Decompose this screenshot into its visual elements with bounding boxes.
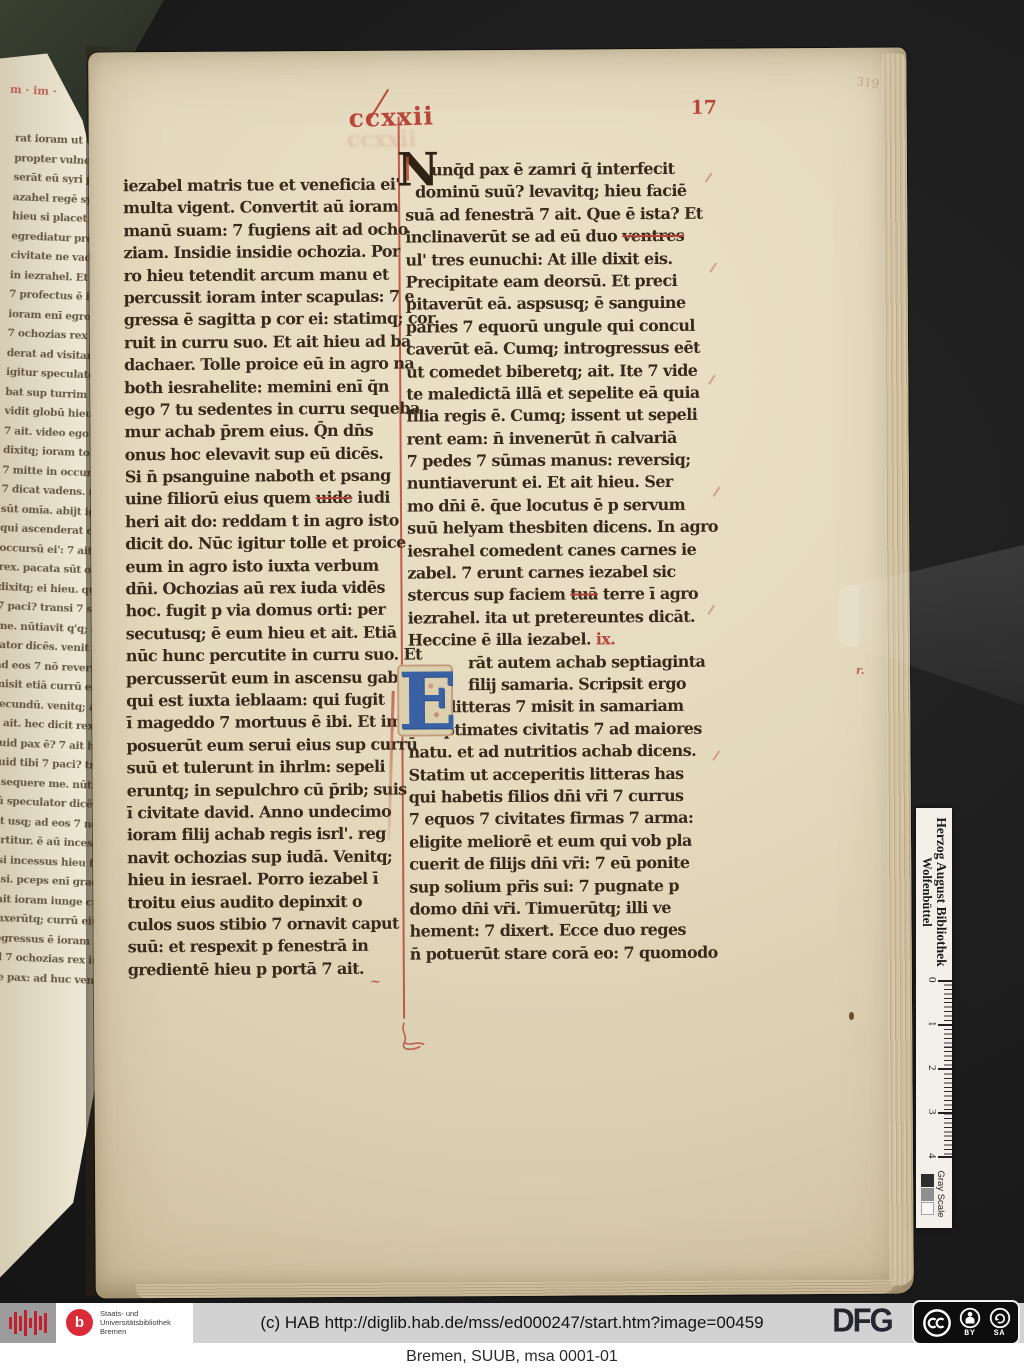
manuscript-line: gressa ē sagitta p cor ei: statimq; cor: [124, 309, 402, 333]
page-holder-tab: [838, 585, 858, 647]
cc-sa-arrow-icon: [989, 1307, 1011, 1329]
manuscript-line: dn̄i. Ochozias aū rex iuda vidēs: [125, 578, 403, 602]
manuscript-line: ad optimates civitatis 7 ad maiores: [408, 718, 710, 742]
gray-scale-mid-square: [922, 1188, 935, 1201]
manuscript-line: Statim ut acceperitis litteras has: [409, 763, 711, 787]
manuscript-line: inclinaverūt se ad eū duo ventres: [405, 226, 707, 250]
manuscript-line: nuntiaverunt ei. Et ait hieu. Ser: [407, 472, 709, 496]
cc-by-person-icon: [959, 1307, 981, 1329]
manuscript-line: paries 7 equorū ungule qui concul: [406, 315, 708, 339]
manuscript-line: n̄ potuerūt stare corā eo: 7 quomodo: [410, 942, 712, 966]
library-name: Herzog August Bibliothek: [934, 808, 948, 976]
manuscript-line: qui est iuxta ieblaam: qui fugit: [126, 690, 404, 714]
manuscript-line: hement: 7 dixert. Ecce duo reges: [410, 920, 712, 944]
manuscript-line: ul' tres eunuchi: At ille dixit eis.: [405, 248, 707, 272]
dfg-logo: DFG: [814, 1301, 910, 1344]
manuscript-line: heri ait do: reddam t in agro isto: [125, 510, 403, 534]
manuscript-line: manū suam: 7 fugiens ait ad ocho: [123, 219, 401, 243]
corner-pencil-mark: 319: [856, 74, 880, 91]
manuscript-line: multa vigent. Convertit aū ioram: [123, 197, 401, 221]
manuscript-line: stercus sup faciem tuā terre ī agro: [407, 584, 709, 608]
bremen-library-logo: b Staats- undUniversitätsbibliothekBreme…: [56, 1303, 193, 1343]
ruler-tick: 1: [938, 1024, 952, 1026]
manuscript-line: te maledictā illā et sepelite eā quia: [406, 383, 708, 407]
gray-scale-patch: Gray Scale: [922, 1162, 947, 1226]
suub-bars-logo: [0, 1303, 56, 1343]
manuscript-line: gredientē hieu p portā 7 ait.: [128, 958, 406, 982]
manuscript-line: qui habetis filios dn̄i vr̄i 7 currus: [409, 786, 711, 810]
facing-page-rubric-fragment: m · im ·: [10, 83, 57, 98]
manuscript-line: posuerūt eum serui eius sup currū: [126, 734, 404, 758]
gray-scale-label: Gray Scale: [936, 1162, 947, 1226]
manuscript-line: Heccine ē illa iezabel. ix.: [408, 629, 710, 653]
manuscript-line: iezrahel. ita ut pretereuntes dicāt.: [408, 607, 710, 631]
manuscript-line: sup solium pr̄is sui: 7 pugnate p: [409, 875, 711, 899]
page-number: 17: [690, 97, 717, 119]
manuscript-line: rāt autem achab septiaginta: [408, 651, 710, 675]
red-line-filler: ~: [370, 975, 381, 990]
cc-sa-label: SA: [989, 1329, 1011, 1338]
cm-scale: 01234: [916, 976, 952, 1162]
manuscript-line: navit ochozias sup iudā. Venitq;: [127, 846, 405, 870]
shelfmark-caption: Bremen, SUUB, msa 0001-01: [0, 1343, 1024, 1370]
manuscript-line: suū: et respexit p fenestrā in: [128, 936, 406, 960]
gray-scale-squares: [922, 1162, 935, 1226]
ruler-tick: 2: [938, 1068, 952, 1070]
manuscript-line: 7 equos 7 civitates firmas 7 arma:: [409, 808, 711, 832]
manuscript-line: percusserūt eum in ascensu gabar: [126, 667, 404, 691]
manuscript-line: caverūt eā. Cumq; introgressus eēt: [406, 338, 708, 362]
manuscript-line: uine filiorū eius quem uide iudi: [125, 488, 403, 512]
library-label: Herzog August Bibliothek Wolfenbüttel: [920, 808, 948, 976]
manuscript-line: Si n̄ psanguine naboth et psang: [125, 466, 403, 490]
manuscript-line: ruit in curru suo. Et ait hieu ad ba: [124, 331, 402, 355]
manuscript-line: eruntq; in sepulchro cū p̄rib; suis: [127, 779, 405, 803]
manuscript-line: troitu eius audito depinxit o: [127, 891, 405, 915]
chapter-initial-e: E: [397, 664, 453, 736]
manuscript-line: suū et tulerunt in ihrlm: sepeli: [127, 757, 405, 781]
manuscript-line: ziam. Insidie insidie ochozia. Por: [123, 242, 401, 266]
manuscript-line: mo dn̄i ē. q̄ue locutus ē p servum: [407, 495, 709, 519]
manuscript-line: ī civitate david. Anno undecimo: [127, 802, 405, 826]
manuscript-page: ccxxii ccxxii 17 319 N iezabel matris tu…: [88, 48, 914, 1299]
cc-license-badge: BY SA: [912, 1300, 1020, 1345]
red-margin-mark: r.: [856, 664, 865, 677]
ruler-tick: 0: [938, 980, 952, 982]
manuscript-line: domo dn̄i vr̄i. Timuerūtq; illi ve: [409, 898, 711, 922]
manuscript-line: dominū suū? levavitq; hieu faciē: [405, 181, 707, 205]
manuscript-line: mur achab p̄rem eius. Q̄n dn̄s: [124, 421, 402, 445]
manuscript-line: 7 pedes 7 sūmas manus: reversiq;: [407, 450, 709, 474]
manuscript-line: culos suos stibio 7 ornavit caput: [127, 913, 405, 937]
gray-scale-white-square: [922, 1202, 935, 1215]
page-edge-stack-right: [882, 54, 914, 1286]
facing-page-line: que pax: ad huc venerūt: [0, 970, 95, 994]
folio-heading: ccxxii: [348, 101, 434, 133]
manuscript-line: percussit ioram inter scapulas: 7 e: [124, 287, 402, 311]
manuscript-line: eum in agro isto iuxta verbum: [125, 555, 403, 579]
manuscript-line: ut comedet biberetq; ait. Ite 7 vide: [406, 360, 708, 384]
text-column-right: unq̄d pax ē zamri q̄ interfecitdominū su…: [405, 159, 712, 967]
cc-by-label: BY: [959, 1329, 981, 1338]
manuscript-line: both iesrahelite: memini enī q̄n: [124, 376, 402, 400]
bremen-monogram-icon: b: [66, 1309, 93, 1336]
manuscript-line: unq̄d pax ē zamri q̄ interfecit: [405, 159, 707, 183]
ruler-scale: 01234: [916, 980, 952, 1158]
manuscript-line: dachaer. Tolle proice eū in agro na: [124, 354, 402, 378]
page-blemish: [849, 1012, 854, 1020]
gray-scale-dark-square: [922, 1174, 935, 1187]
manuscript-line: ego 7 tu sedentes in curru sequeba: [124, 399, 402, 423]
ruler-tick: 3: [938, 1112, 952, 1114]
divider-end-flourish: [390, 1020, 432, 1060]
manuscript-line: cuerit de filijs dn̄i vr̄i: 7 eū ponite: [409, 853, 711, 877]
manuscript-line: rent eam: n̄ invenerūt n̄ calvariā: [407, 427, 709, 451]
ruler-tick: 4: [938, 1156, 952, 1158]
manuscript-line: zabel. 7 erunt carnes iezabel sic: [407, 562, 709, 586]
manuscript-line: pitaverūt eā. aspsusq; ē sanguine: [406, 293, 708, 317]
manuscript-line: suā ad fenestrā 7 ait. Que ē ista? Et: [405, 204, 707, 228]
manuscript-line: filia regis ē. Cumq; issent ut sepeli: [406, 405, 708, 429]
manuscript-line: natu. et ad nutritios achab dicens.: [408, 741, 710, 765]
margin-correction-stroke: [708, 374, 715, 384]
bremen-logo-text-line: Bremen: [100, 1328, 171, 1337]
manuscript-photograph: m · im · rat ioram ut curaretur īpropter…: [0, 0, 1024, 1303]
manuscript-line: eligite meliorē et eum qui vob pla: [409, 830, 711, 854]
margin-correction-stroke: [709, 262, 716, 272]
manuscript-line: dicit do. Nūc igitur tolle et proice: [125, 533, 403, 557]
margin-correction-stroke: [713, 486, 720, 496]
manuscript-line: secutusq; ē eum hieu et ait. Etiā: [126, 622, 404, 646]
manuscript-line: ī mageddo 7 mortuus ē ibi. Et im: [126, 712, 404, 736]
library-city: Wolfenbüttel: [920, 808, 934, 976]
manuscript-line: ioram filij achab regis isrl'. reg: [127, 824, 405, 848]
reference-ruler: Herzog August Bibliothek Wolfenbüttel 01…: [916, 808, 952, 1228]
manuscript-line: iesrahel comedent canes carnes ie: [407, 539, 709, 563]
manuscript-line: nūc hunc percutite in curru suo. Et: [126, 645, 404, 669]
manuscript-line: Precipitate eam deorsū. Et preci: [406, 271, 708, 295]
manuscript-line: hieu in iesrael. Porro iezabel ī: [127, 869, 405, 893]
bremen-logo-text: Staats- undUniversitätsbibliothekBremen: [100, 1310, 171, 1336]
manuscript-line: suū helyam thesbiten dicens. In agro: [407, 517, 709, 541]
manuscript-line: hieu litteras 7 misit in samariam: [408, 696, 710, 720]
manuscript-line: filij samaria. Scripsit ergo: [408, 674, 710, 698]
manuscript-line: ro hieu tetendit arcum manu et: [124, 264, 402, 288]
page-edge-stack-bottom: [136, 1280, 896, 1299]
manuscript-line: iezabel matris tue et veneficia ei': [123, 175, 401, 199]
manuscript-line: hoc. fugit p via domus orti: per: [126, 600, 404, 624]
text-column-left: iezabel matris tue et veneficia ei'multa…: [123, 175, 406, 983]
cc-icon: [922, 1308, 952, 1338]
manuscript-line: onus hoc elevavit sup eū dicēs.: [125, 443, 403, 467]
margin-correction-stroke: [712, 750, 719, 760]
